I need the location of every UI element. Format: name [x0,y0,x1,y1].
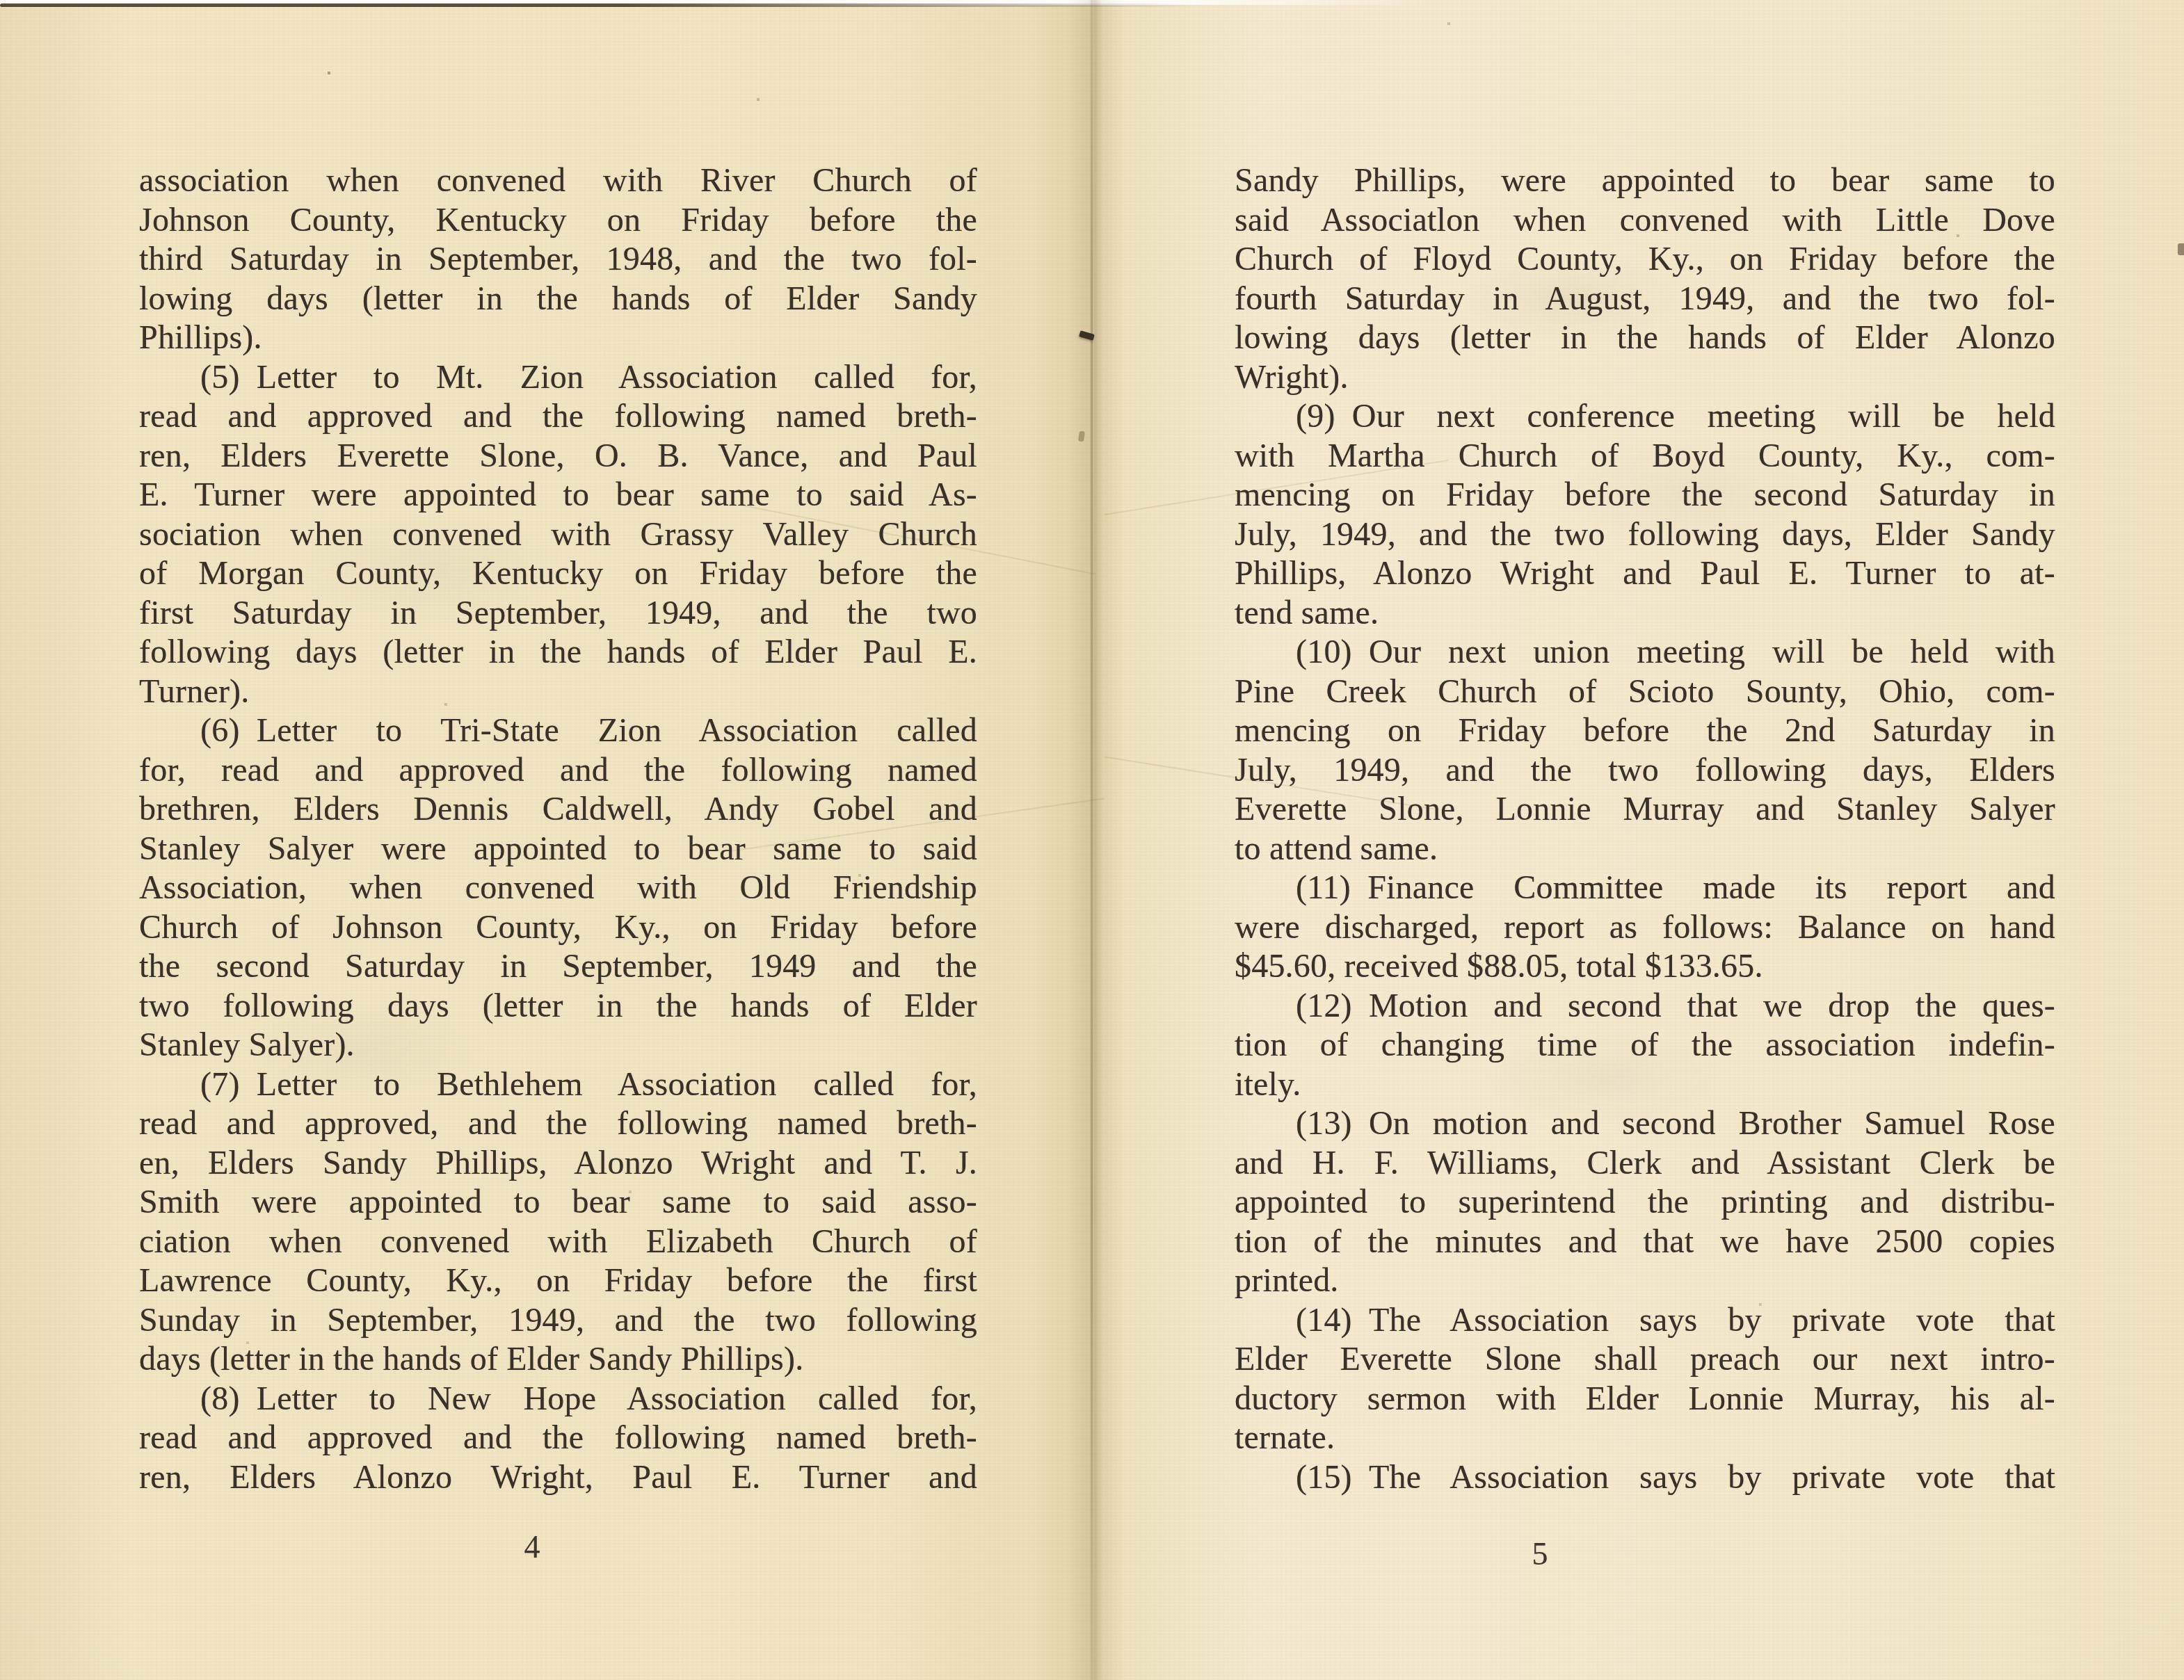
text-line: ren, Elders Alonzo Wright, Paul E. Turne… [139,1458,977,1498]
text-line: and H. F. Williams, Clerk and Assistant … [1235,1144,2055,1184]
text-line: Church of Floyd County, Ky., on Friday b… [1235,240,2055,280]
text-line: appointed to superintend the printing an… [1235,1183,2055,1222]
text-line: ductory sermon with Elder Lonnie Murray,… [1235,1380,2055,1419]
text-line: (12) Motion and second that we drop the … [1235,987,2055,1026]
text-line: read and approved and the following name… [139,397,977,437]
text-line: E. Turner were appointed to bear same to… [139,476,977,515]
text-line: (8) Letter to New Hope Association calle… [139,1380,977,1419]
text-line: (10) Our next union meeting will be held… [1235,633,2055,672]
text-line: said Associatlon when convened with Litt… [1235,201,2055,241]
text-line: Johnson County, Kentucky on Friday befor… [139,201,977,241]
text-line: fourth Saturday in August, 1949, and the… [1235,280,2055,319]
text-line: (9) Our next conference meeting will be … [1235,397,2055,437]
text-line: (5) Letter to Mt. Zion Association calle… [139,358,977,398]
page-number-right: 5 [1532,1535,1548,1572]
text-line: tion of changing time of the association… [1235,1026,2055,1065]
text-line: lowing days (letter in the hands of Elde… [139,280,977,319]
text-line: lowing days (letter in the hands of Elde… [1235,318,2055,358]
text-line: mencing on Friday before the second Satu… [1235,476,2055,515]
text-line: Phillips). [139,318,977,358]
text-line: July, 1949, and the two following days, … [1235,515,2055,555]
text-line: following days (letter in the hands of E… [139,633,977,672]
text-line: tion of the minutes and that we have 250… [1235,1222,2055,1262]
text-line: (11) Finance Committee made its report a… [1235,869,2055,908]
text-line: Smith were appointed to bear same to sai… [139,1183,977,1222]
text-line: (15) The Association says by private vot… [1235,1458,2055,1498]
text-line: for, read and approved and the following… [139,751,977,791]
text-line: ren, Elders Everette Slone, O. B. Vance,… [139,437,977,476]
text-line: July, 1949, and the two following days, … [1235,751,2055,791]
text-line: Lawrence County, Ky., on Friday before t… [139,1261,977,1301]
text-line: Turner). [139,672,977,712]
book-scan: association when convened with River Chu… [0,0,2184,1680]
staple-mark [1078,431,1085,442]
text-line: itely. [1235,1065,2055,1105]
text-line: Phillips, Alonzo Wright and Paul E. Turn… [1235,554,2055,594]
gutter-shadow [1068,0,1123,1680]
text-line: tend same. [1235,594,2055,633]
staple [1079,330,1095,340]
text-line: first Saturday in September, 1949, and t… [139,594,977,633]
text-line: Stanley Salyer). [139,1026,977,1065]
text-line: Everette Slone, Lonnie Murray and Stanle… [1235,790,2055,830]
text-line: read and approved, and the following nam… [139,1104,977,1144]
text-line: Sunday in September, 1949, and the two f… [139,1301,977,1341]
text-line: printed. [1235,1261,2055,1301]
text-line: with Martha Church of Boyd County, Ky., … [1235,437,2055,476]
text-line: days (letter in the hands of Elder Sandy… [139,1340,977,1380]
text-line: ciation when convened with Elizabeth Chu… [139,1222,977,1262]
text-line: two following days (letter in the hands … [139,987,977,1026]
text-line: Elder Everette Slone shall preach our ne… [1235,1340,2055,1380]
text-line: Association, when convened with Old Frie… [139,869,977,908]
text-line: $45.60, received $88.05, total $133.65. [1235,947,2055,987]
text-line: to attend same. [1235,830,2055,869]
right-text-column: Sandy Phillips, were appointed to bear s… [1235,161,2055,1497]
text-line: read and approved and the following name… [139,1419,977,1458]
text-line: of Morgan County, Kentucky on Friday bef… [139,554,977,594]
text-line: brethren, Elders Dennis Caldwell, Andy G… [139,790,977,830]
fold-line [1091,0,1093,1680]
text-line: Church of Johnson County, Ky., on Friday… [139,908,977,948]
text-line: sociation when convened with Grassy Vall… [139,515,977,555]
text-line: (13) On motion and second Brother Samuel… [1235,1104,2055,1144]
text-line: Stanley Salyer were appointed to bear sa… [139,830,977,869]
page-edge-mark [2178,243,2184,255]
text-line: third Saturday in September, 1948, and t… [139,240,977,280]
text-line: were discharged, report as follows: Bala… [1235,908,2055,948]
text-line: (7) Letter to Bethlehem Association call… [139,1065,977,1105]
page-number-left: 4 [524,1528,540,1565]
text-line: the second Saturday in September, 1949 a… [139,947,977,987]
text-line: (14) The Association says by private vot… [1235,1301,2055,1341]
text-line: Sandy Phillips, were appointed to bear s… [1235,161,2055,201]
text-line: ternate. [1235,1419,2055,1458]
left-text-column: association when convened with River Chu… [139,161,977,1497]
text-line: en, Elders Sandy Phillips, Alonzo Wright… [139,1144,977,1184]
text-line: (6) Letter to Tri-State Zion Association… [139,711,977,751]
scan-edge-line [0,3,1196,7]
text-line: mencing on Friday before the 2nd Saturda… [1235,711,2055,751]
text-line: Pine Creek Church of Scioto Sounty, Ohio… [1235,672,2055,712]
text-line: Wright). [1235,358,2055,398]
text-line: association when convened with River Chu… [139,161,977,201]
